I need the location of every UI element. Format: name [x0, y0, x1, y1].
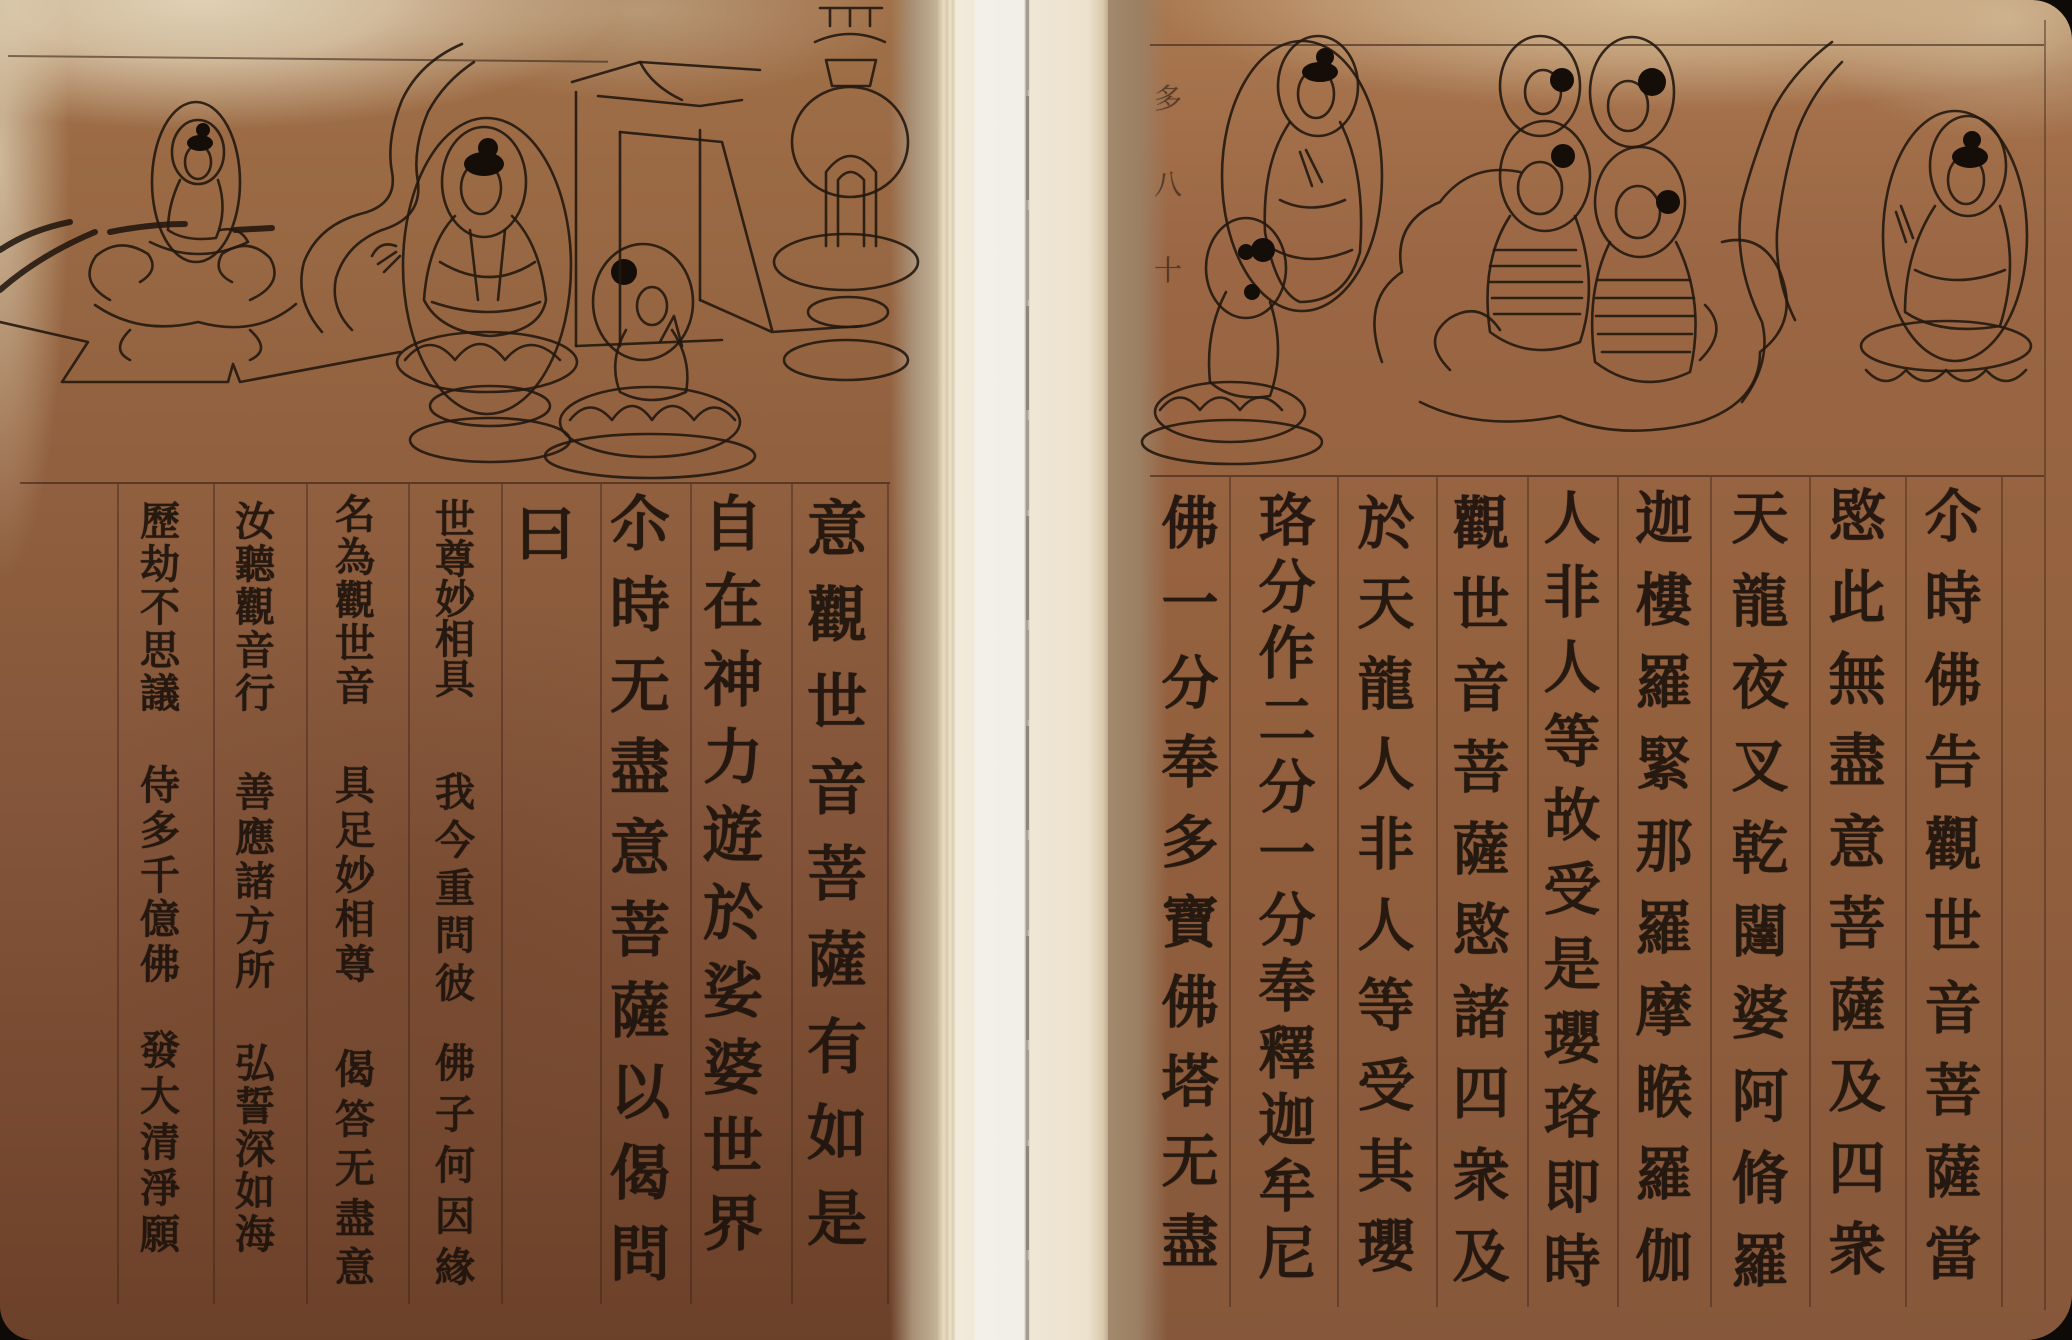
- glyph: 足: [335, 811, 375, 851]
- glyph: 相: [335, 900, 375, 940]
- glyph: 當: [1925, 1226, 1982, 1283]
- glyph: 淨: [140, 1169, 180, 1209]
- glyph: 我: [435, 773, 475, 813]
- glyph: 瓔: [1544, 1010, 1601, 1067]
- glyph: 即: [1544, 1159, 1601, 1216]
- glyph: 偈: [335, 1050, 375, 1090]
- right-column-rule: [2001, 477, 2003, 1307]
- glyph: 羅: [1636, 1146, 1693, 1203]
- glyph: 及: [1453, 1228, 1510, 1285]
- right-margin-note: 多八十: [1148, 85, 1188, 285]
- glyph: 薩: [1453, 821, 1510, 878]
- glyph: 非: [1544, 564, 1601, 621]
- glyph: 有: [807, 1018, 867, 1078]
- glyph: 緣: [435, 1248, 475, 1288]
- glyph: 伽: [1636, 1228, 1693, 1285]
- glyph: 龍: [1358, 656, 1415, 713]
- glyph: 薩: [1829, 977, 1886, 1034]
- right-column-7: 於天龍人非人等受其瓔: [1338, 495, 1434, 1275]
- glyph: 相: [435, 620, 475, 660]
- glyph: 妙: [335, 856, 375, 896]
- book-gutter: [938, 0, 1110, 1340]
- glyph: 及: [1829, 1058, 1886, 1115]
- glyph: 牟: [1259, 1158, 1316, 1215]
- glyph: 盡: [335, 1199, 375, 1239]
- glyph: 汝: [235, 502, 275, 542]
- glyph: 尼: [1259, 1225, 1316, 1282]
- glyph: 於: [1358, 495, 1415, 552]
- left-page-worn-edge: [890, 0, 940, 1340]
- glyph: 為: [335, 538, 375, 578]
- verse-line-2-phrase-2: 具足妙相尊: [325, 766, 385, 985]
- glyph: 迦: [1636, 490, 1693, 547]
- glyph: 偈: [610, 1144, 670, 1204]
- glyph: 名: [335, 495, 375, 535]
- glyph: 音: [1453, 658, 1510, 715]
- glyph: 迦: [1259, 1092, 1316, 1149]
- glyph: 羅: [1732, 1233, 1789, 1290]
- glyph: 億: [140, 900, 180, 940]
- glyph: 盡: [610, 738, 670, 798]
- glyph: 世: [807, 673, 867, 733]
- glyph: 八: [1154, 171, 1182, 199]
- verse-line-1-phrase-1: 世尊妙相具: [425, 500, 485, 700]
- verse-line-2-phrase-1: 名為觀世音: [325, 495, 385, 707]
- glyph: 盡: [1829, 732, 1886, 789]
- glyph: 如: [235, 1172, 275, 1212]
- glyph: 自: [703, 495, 763, 555]
- glyph: 非: [1358, 816, 1415, 873]
- glyph: 菩: [807, 845, 867, 905]
- verse-line-4-phrase-3: 發大清淨願: [130, 1031, 190, 1255]
- left-column-rule: [213, 484, 215, 1304]
- glyph: 奉: [1162, 734, 1219, 791]
- glyph: 如: [807, 1104, 867, 1164]
- glyph: 弘: [235, 1044, 275, 1084]
- glyph: 緊: [1636, 736, 1693, 793]
- glyph: 行: [235, 674, 275, 714]
- glyph: 不: [140, 588, 180, 628]
- glyph: 釋: [1259, 1025, 1316, 1082]
- glyph: 深: [235, 1130, 275, 1170]
- glyph: 遊: [703, 806, 763, 866]
- glyph: 子: [435, 1095, 475, 1135]
- glyph: 以: [610, 1063, 670, 1123]
- left-prose-column-3: 尒時无盡意菩薩以偈問: [592, 495, 688, 1285]
- glyph: 其: [1358, 1138, 1415, 1195]
- glyph: 薩: [807, 931, 867, 991]
- glyph: 脩: [1732, 1150, 1789, 1207]
- glyph: 音: [807, 759, 867, 819]
- glyph: 世: [335, 624, 375, 664]
- glyph: 菩: [1829, 895, 1886, 952]
- glyph: 觀: [335, 581, 375, 621]
- glyph: 乾: [1732, 820, 1789, 877]
- glyph: 分: [1259, 892, 1316, 949]
- glyph: 問: [435, 916, 475, 956]
- glyph: 分: [1162, 655, 1219, 712]
- glyph: 重: [435, 869, 475, 909]
- glyph: 叉: [1732, 738, 1789, 795]
- right-column-1: 尒時佛告觀世音菩薩當: [1905, 488, 2001, 1283]
- glyph: 尒: [610, 495, 670, 555]
- glyph: 今: [435, 821, 475, 861]
- glyph: 人: [1358, 736, 1415, 793]
- glyph: 具: [435, 660, 475, 700]
- right-column-8: 珞分作二分一分奉釋迦牟尼: [1239, 492, 1335, 1282]
- glyph: 妙: [435, 580, 475, 620]
- glyph: 議: [140, 674, 180, 714]
- glyph: 阿: [1732, 1068, 1789, 1125]
- glyph: 分: [1259, 759, 1316, 816]
- left-text-frame-rule: [20, 482, 890, 484]
- right-column-3: 天龍夜叉乾闥婆阿脩羅: [1712, 490, 1808, 1290]
- glyph: 此: [1829, 569, 1886, 626]
- glyph: 音: [235, 631, 275, 671]
- glyph: 願: [140, 1215, 180, 1255]
- verse-line-3-phrase-1: 汝聽觀音行: [225, 502, 285, 714]
- right-column-4: 迦樓羅緊那羅摩睺羅伽: [1616, 490, 1712, 1285]
- glyph: 分: [1259, 559, 1316, 616]
- glyph: 故: [1544, 787, 1601, 844]
- right-page-frame-line: [2044, 20, 2046, 1310]
- glyph: 多: [1154, 85, 1182, 113]
- glyph: 意: [807, 500, 867, 560]
- glyph: 夜: [1732, 655, 1789, 712]
- glyph: 二: [1259, 692, 1316, 749]
- glyph: 歷: [140, 502, 180, 542]
- glyph: 觀: [807, 586, 867, 646]
- glyph: 人: [1358, 897, 1415, 954]
- glyph: 力: [703, 728, 763, 788]
- glyph: 羅: [1636, 900, 1693, 957]
- glyph: 塔: [1162, 1053, 1219, 1110]
- verse-line-2-phrase-3: 偈答无盡意: [325, 1050, 385, 1288]
- glyph: 多: [1162, 814, 1219, 871]
- glyph: 因: [435, 1197, 475, 1237]
- verse-line-4-phrase-2: 侍多千億佛: [130, 766, 190, 985]
- glyph: 神: [703, 651, 763, 711]
- glyph: 樓: [1636, 572, 1693, 629]
- glyph: 所: [235, 951, 275, 991]
- left-column-rule: [306, 484, 308, 1304]
- binding-thread: [1026, 0, 1029, 1340]
- glyph: 薩: [1925, 1144, 1982, 1201]
- right-column-9: 佛一分奉多寶佛塔无盡: [1142, 495, 1238, 1270]
- left-prose-column-1: 意觀世音菩薩有如是: [789, 500, 885, 1250]
- glyph: 愍: [1453, 902, 1510, 959]
- glyph: 婆: [1732, 985, 1789, 1042]
- right-column-2: 愍此無盡意菩薩及四衆: [1809, 488, 1905, 1278]
- glyph: 世: [435, 500, 475, 540]
- glyph: 闥: [1732, 903, 1789, 960]
- glyph: 人: [1544, 639, 1601, 696]
- verse-line-1-phrase-3: 佛子何因緣: [425, 1044, 485, 1288]
- glyph: 珞: [1259, 492, 1316, 549]
- glyph: 菩: [1453, 739, 1510, 796]
- glyph: 界: [703, 1195, 763, 1255]
- glyph: 音: [335, 667, 375, 707]
- glyph: 羅: [1636, 654, 1693, 711]
- glyph: 告: [1925, 734, 1982, 791]
- glyph: 佛: [1162, 495, 1219, 552]
- left-column-rule: [408, 484, 410, 1304]
- glyph: 薩: [610, 982, 670, 1042]
- glyph: 時: [1544, 1233, 1601, 1290]
- glyph: 在: [703, 573, 763, 633]
- glyph: 問: [610, 1225, 670, 1285]
- glyph: 受: [1358, 1057, 1415, 1114]
- glyph: 多: [140, 811, 180, 851]
- right-column-5: 人非人等故受是瓔珞即時: [1524, 490, 1620, 1290]
- glyph: 世: [1925, 898, 1982, 955]
- glyph: 善: [235, 773, 275, 813]
- glyph: 一: [1259, 825, 1316, 882]
- glyph: 應: [235, 818, 275, 858]
- glyph: 四: [1453, 1065, 1510, 1122]
- glyph: 尊: [435, 540, 475, 580]
- glyph: 意: [335, 1248, 375, 1288]
- left-column-rule: [117, 484, 119, 1304]
- verse-line-3-phrase-2: 善應諸方所: [225, 773, 285, 991]
- verse-line-3-phrase-3: 弘誓深如海: [225, 1044, 285, 1255]
- glyph: 答: [335, 1100, 375, 1140]
- glyph: 天: [1732, 490, 1789, 547]
- glyph: 觀: [1925, 816, 1982, 873]
- glyph: 一: [1162, 575, 1219, 632]
- glyph: 思: [140, 631, 180, 671]
- glyph: 佛: [1925, 652, 1982, 709]
- left-prose-column-2: 自在神力遊於娑婆世界: [685, 495, 781, 1255]
- glyph: 觀: [1453, 495, 1510, 552]
- glyph: 世: [1453, 576, 1510, 633]
- glyph: 佛: [435, 1044, 475, 1084]
- verse-line-4-phrase-1: 歷劫不思議: [130, 502, 190, 714]
- glyph: 是: [1544, 936, 1601, 993]
- glyph: 時: [1925, 570, 1982, 627]
- glyph: 那: [1636, 818, 1693, 875]
- glyph: 劫: [140, 545, 180, 585]
- glyph: 千: [140, 856, 180, 896]
- glyph: 作: [1259, 625, 1316, 682]
- glyph: 是: [807, 1190, 867, 1250]
- glyph: 海: [235, 1215, 275, 1255]
- glyph: 受: [1544, 861, 1601, 918]
- glyph: 諸: [1453, 984, 1510, 1041]
- glyph: 清: [140, 1123, 180, 1163]
- glyph: 彼: [435, 964, 475, 1004]
- glyph: 意: [1829, 814, 1886, 871]
- glyph: 誓: [235, 1087, 275, 1127]
- glyph: 尊: [335, 945, 375, 985]
- glyph: 大: [140, 1077, 180, 1117]
- glyph: 於: [703, 884, 763, 944]
- glyph: 音: [1925, 980, 1982, 1037]
- glyph: 衆: [1453, 1147, 1510, 1204]
- glyph: 摩: [1636, 982, 1693, 1039]
- glyph: 无: [1162, 1133, 1219, 1190]
- glyph: 發: [140, 1031, 180, 1071]
- glyph: 侍: [140, 766, 180, 806]
- glyph: 人: [1544, 490, 1601, 547]
- glyph: 四: [1829, 1140, 1886, 1197]
- right-column-6: 觀世音菩薩愍諸四衆及: [1433, 495, 1529, 1285]
- verse-line-1-phrase-2: 我今重問彼: [425, 773, 485, 1004]
- left-prose-column-4: 曰: [497, 505, 593, 567]
- glyph: 龍: [1732, 573, 1789, 630]
- glyph: 无: [610, 657, 670, 717]
- glyph: 无: [335, 1149, 375, 1189]
- glyph: 等: [1358, 977, 1415, 1034]
- right-text-frame-rule: [1150, 475, 2044, 477]
- glyph: 等: [1544, 713, 1601, 770]
- glyph: 方: [235, 907, 275, 947]
- glyph: 寶: [1162, 894, 1219, 951]
- glyph: 世: [703, 1117, 763, 1177]
- glyph: 菩: [1925, 1062, 1982, 1119]
- glyph: 曰: [515, 505, 575, 565]
- glyph: 菩: [610, 901, 670, 961]
- glyph: 奉: [1259, 958, 1316, 1015]
- left-column-rule: [887, 484, 889, 1304]
- glyph: 珞: [1544, 1084, 1601, 1141]
- glyph: 盡: [1162, 1213, 1219, 1270]
- glyph: 諸: [235, 862, 275, 902]
- right-top-frame-rule: [1150, 44, 2044, 46]
- glyph: 時: [610, 576, 670, 636]
- glyph: 愍: [1829, 488, 1886, 545]
- glyph: 瓔: [1358, 1218, 1415, 1275]
- glyph: 意: [610, 819, 670, 879]
- glyph: 佛: [140, 945, 180, 985]
- glyph: 十: [1154, 257, 1182, 285]
- glyph: 婆: [703, 1039, 763, 1099]
- glyph: 何: [435, 1146, 475, 1186]
- glyph: 尒: [1925, 488, 1982, 545]
- glyph: 具: [335, 766, 375, 806]
- glyph: 娑: [703, 962, 763, 1022]
- glyph: 佛: [1162, 974, 1219, 1031]
- left-column-rule: [501, 484, 503, 1304]
- glyph: 無: [1829, 651, 1886, 708]
- glyph: 天: [1358, 575, 1415, 632]
- glyph: 衆: [1829, 1221, 1886, 1278]
- glyph: 觀: [235, 588, 275, 628]
- glyph: 睺: [1636, 1064, 1693, 1121]
- glyph: 聽: [235, 545, 275, 585]
